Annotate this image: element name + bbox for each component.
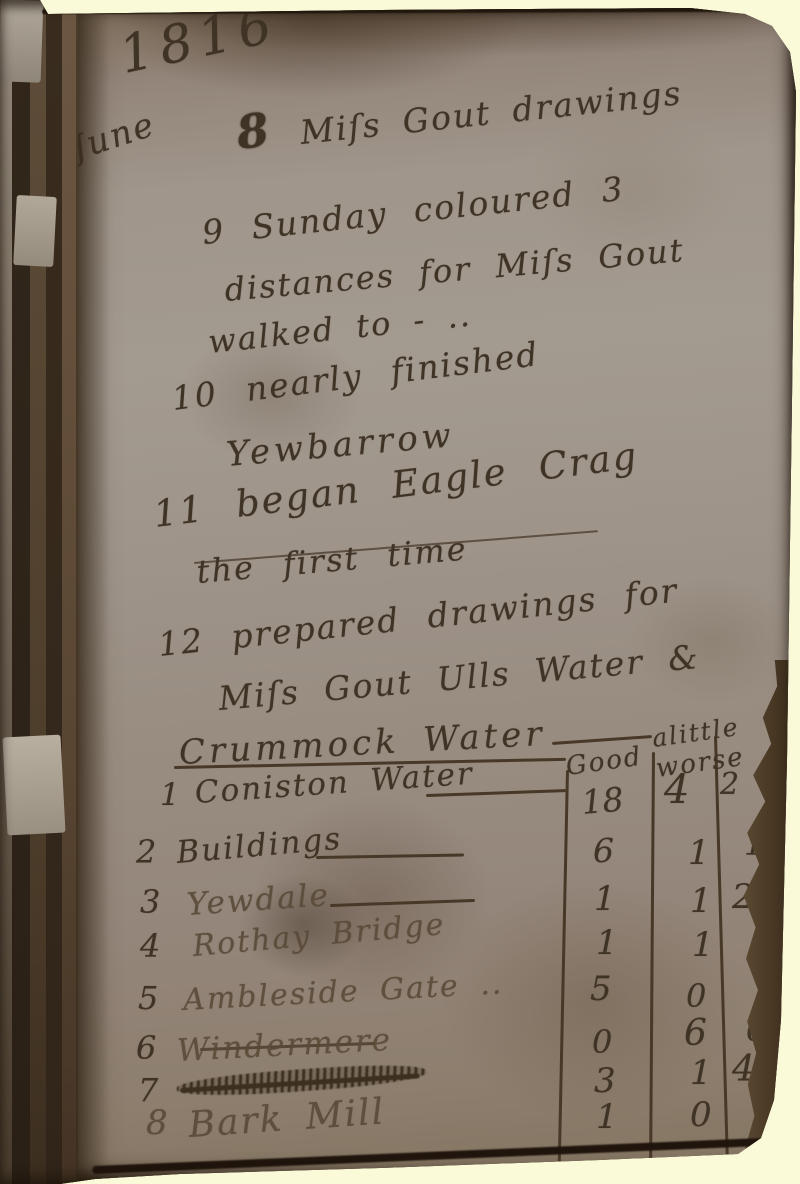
worse-value: 1 xyxy=(690,884,712,918)
good-value: 5 xyxy=(590,972,612,1006)
worse-value: 0 xyxy=(686,980,706,1012)
good-value: 1 xyxy=(596,1100,618,1134)
worse-value: 1 xyxy=(692,928,714,962)
photograph-of-journal: 1816 June 8 Miſs Gout drawings 9 Sunday … xyxy=(0,0,800,1184)
good-value: 3 xyxy=(594,1064,616,1098)
edge-value: 2 xyxy=(720,770,739,800)
table-row-number: 6 xyxy=(136,1032,156,1064)
journal-book: 1816 June 8 Miſs Gout drawings 9 Sunday … xyxy=(0,0,800,1184)
worse-value: 1 xyxy=(690,1056,712,1090)
table-row-number: 2 xyxy=(136,836,156,868)
table-row-number: 3 xyxy=(140,886,160,918)
good-value: 0 xyxy=(592,1026,612,1058)
table-row-number: 5 xyxy=(138,982,158,1014)
worse-value: 0 xyxy=(690,1098,712,1132)
paper-stub xyxy=(2,735,65,836)
table-row-number: 4 xyxy=(140,930,160,962)
worse-value: 4 xyxy=(664,770,689,810)
worse-value: 1 xyxy=(688,836,710,870)
table-row-number: 8 xyxy=(146,1106,168,1140)
good-value: 1 xyxy=(594,882,616,916)
good-value: 1 xyxy=(596,926,618,960)
worse-value: 6 xyxy=(684,1016,707,1052)
binding-strip xyxy=(12,0,32,1184)
page-fold-shadow xyxy=(76,0,110,1184)
table-row-number: 7 xyxy=(138,1074,158,1106)
good-value: 6 xyxy=(593,834,614,867)
paper-stub xyxy=(13,195,57,267)
paper-stub xyxy=(0,0,43,83)
entry-june-day: 8 xyxy=(234,106,274,156)
good-value: 18 xyxy=(580,782,625,819)
table-row-number: 1 xyxy=(160,780,180,811)
